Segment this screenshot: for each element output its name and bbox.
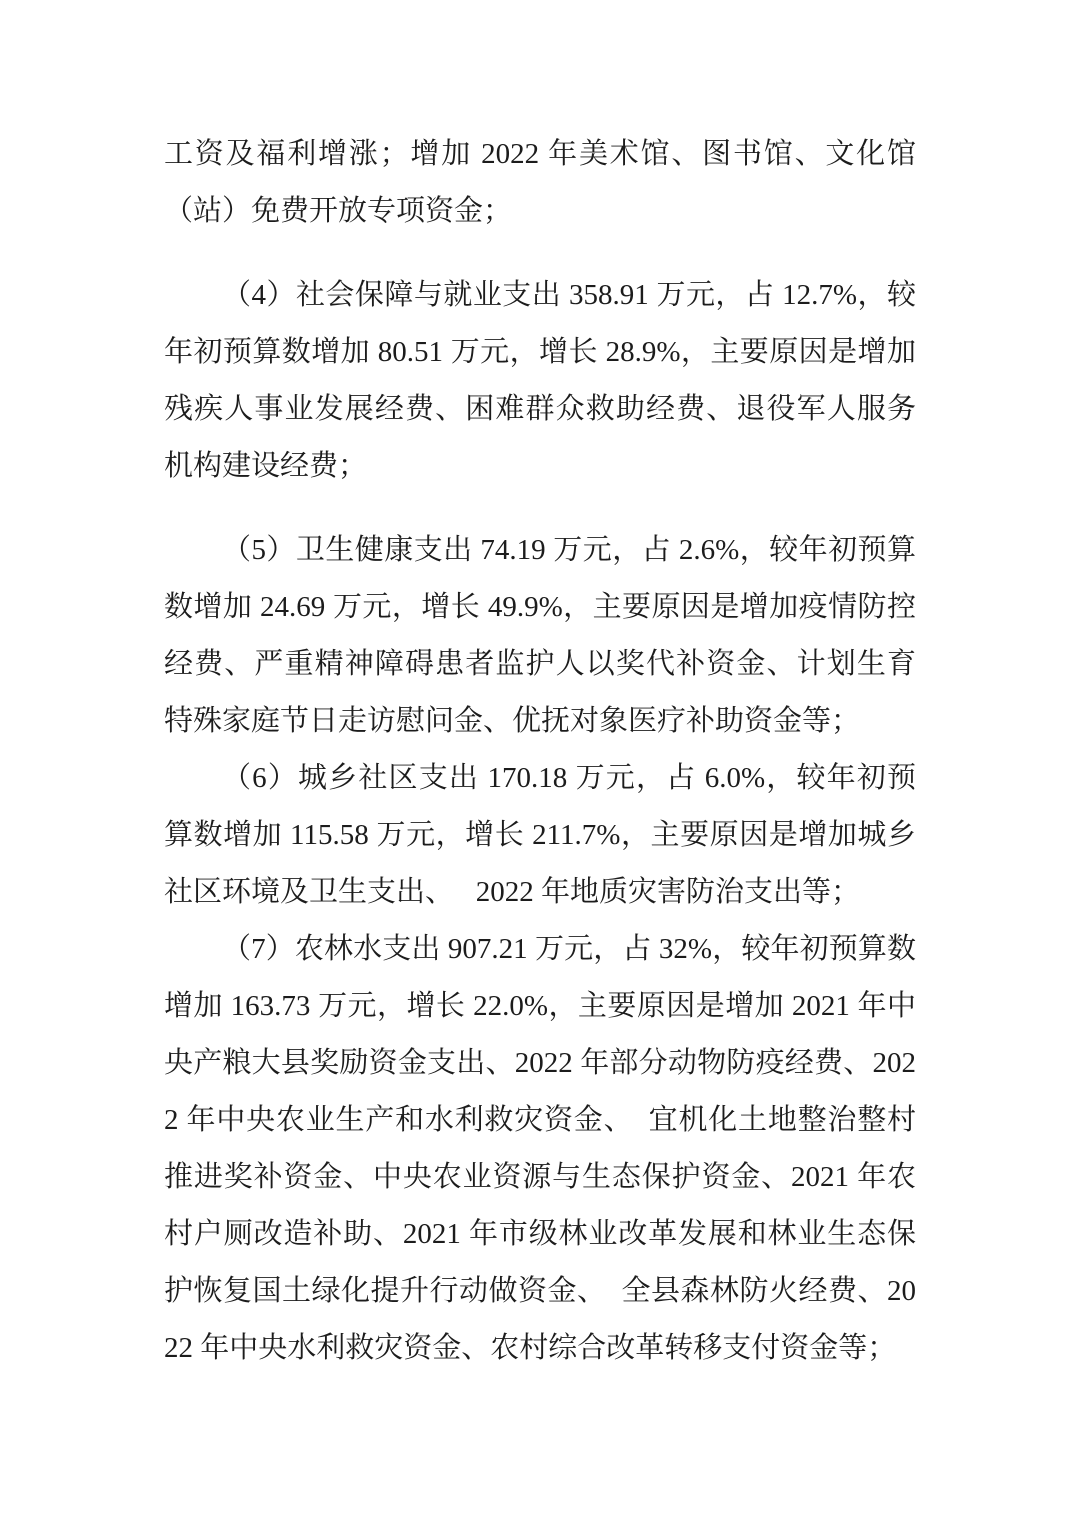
paragraph-item-4-social-security: （4）社会保障与就业支出 358.91 万元，占 12.7%，较年初预算数增加 … [164, 267, 916, 495]
document-body: 工资及福利增涨；增加 2022 年美术馆、图书馆、文化馆（站）免费开放专项资金；… [164, 126, 916, 1377]
paragraph-continuation: 工资及福利增涨；增加 2022 年美术馆、图书馆、文化馆（站）免费开放专项资金； [164, 126, 916, 240]
paragraph-item-5-health: （5）卫生健康支出 74.19 万元，占 2.6%，较年初预算数增加 24.69… [164, 522, 916, 750]
paragraph-item-6-urban-rural-community: （6）城乡社区支出 170.18 万元，占 6.0%，较年初预算数增加 115.… [164, 750, 916, 921]
document-page: 工资及福利增涨；增加 2022 年美术馆、图书馆、文化馆（站）免费开放专项资金；… [0, 0, 1074, 1520]
paragraph-item-7-agriculture-forestry-water: （7）农林水支出 907.21 万元，占 32%，较年初预算数增加 163.73… [164, 921, 916, 1377]
